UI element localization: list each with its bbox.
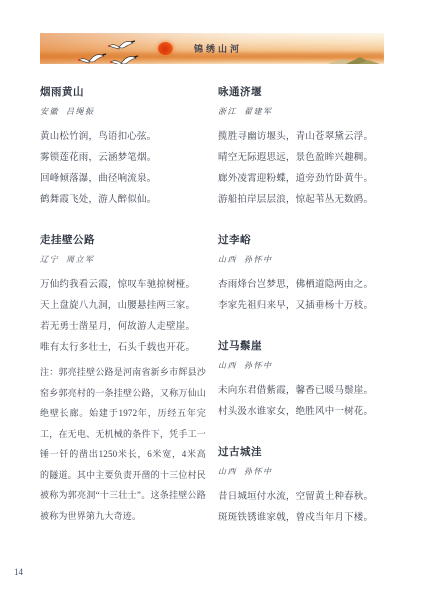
page-number: 14: [14, 567, 23, 577]
verse-line: 揽胜寻幽访堰头，青山苍翠黛云浮。: [218, 127, 384, 148]
left-column: 烟雨黄山 安徽吕绳振 黄山松竹润，鸟语扣心弦。 雾锁莲花雨，云涵梦笔烟。 回峰倾…: [40, 86, 206, 549]
author-name: 孙怀中: [244, 467, 273, 476]
mountain-icon: [328, 54, 380, 64]
poem-author: 辽宁周立军: [40, 254, 206, 265]
poem-title: 走挂壁公路: [40, 234, 206, 246]
cranes-icon: [75, 37, 145, 64]
poem-author: 山西孙怀中: [218, 254, 384, 265]
poem-yanyu-huangshan: 烟雨黄山 安徽吕绳振 黄山松竹润，鸟语扣心弦。 雾锁莲花雨，云涵梦笔烟。 回峰倾…: [40, 86, 206, 211]
poem-title: 咏通济堰: [218, 86, 384, 98]
author-region: 山西: [218, 361, 237, 370]
verse-line: 唯有太行多壮士，石头千载也开花。: [40, 338, 206, 359]
poem-author: 山西孙怀中: [218, 466, 384, 477]
verse-line: 游船拍岸层层浪，惊起苇丛无数鸥。: [218, 190, 384, 211]
poem-guo-liyu: 过李峪 山西孙怀中 杏雨烽台岂梦思，佛栖道隐两由之。 李家先祖归来早，又插垂杨十…: [218, 234, 384, 317]
verse-line: 未向东君借紫霞，馨香已暖马鬃崖。: [218, 381, 384, 402]
header-banner: 锦绣山河: [40, 33, 384, 64]
author-name: 孙怀中: [244, 361, 273, 370]
sun-icon: [158, 42, 173, 55]
verse-line: 昔日城垣付水流，空留黄土种春秋。: [218, 487, 384, 508]
verse-line: 雾锁莲花雨，云涵梦笔烟。: [40, 148, 206, 169]
verse-line: 黄山松竹润，鸟语扣心弦。: [40, 127, 206, 148]
poem-title: 过李峪: [218, 234, 384, 246]
page-title: 锦绣山河: [194, 42, 254, 55]
verse-line: 鹤舞霞飞处，游人醉似仙。: [40, 190, 206, 211]
poem-zou-guabi-gonglu: 走挂壁公路 辽宁周立军 万仙约我看云霞，惊叹车驰掠树桠。 天上盘旋八九洞，山腰悬…: [40, 234, 206, 526]
poem-yong-tongjiyan: 咏通济堰 浙江翟建军 揽胜寻幽访堰头，青山苍翠黛云浮。 晴空无际遐思远，景色盈眸…: [218, 86, 384, 211]
verse-line: 斑斑铁锈谁家戟，曾戍当年月下楼。: [218, 508, 384, 529]
verse-line: 回峰倾落瀑，曲径响流泉。: [40, 169, 206, 190]
author-name: 周立军: [66, 255, 95, 264]
verse-line: 廊外凌霄迎粉蝶，道旁劲竹卧黄牛。: [218, 169, 384, 190]
right-column: 咏通济堰 浙江翟建军 揽胜寻幽访堰头，青山苍翠黛云浮。 晴空无际遐思远，景色盈眸…: [218, 86, 384, 552]
poem-author: 浙江翟建军: [218, 106, 384, 117]
author-name: 吕绳振: [66, 107, 95, 116]
poem-title: 过古城洼: [218, 446, 384, 458]
verse-line: 村头汲水谁家女，绝胜风中一树花。: [218, 402, 384, 423]
poem-author: 安徽吕绳振: [40, 106, 206, 117]
poem-author: 山西孙怀中: [218, 360, 384, 371]
poem-note: 注：郭亮挂壁公路是河南省新乡市辉县沙窑乡郭亮村的一条挂壁公路，又称万仙山绝壁长廊…: [40, 362, 206, 526]
poem-title: 烟雨黄山: [40, 86, 206, 98]
poem-guo-guchengwa: 过古城洼 山西孙怀中 昔日城垣付水流，空留黄土种春秋。 斑斑铁锈谁家戟，曾戍当年…: [218, 446, 384, 529]
author-region: 辽宁: [40, 255, 59, 264]
author-name: 翟建军: [244, 107, 273, 116]
author-region: 山西: [218, 467, 237, 476]
poem-title: 过马鬃崖: [218, 340, 384, 352]
author-region: 浙江: [218, 107, 237, 116]
verse-line: 天上盘旋八九洞，山腰悬挂两三家。: [40, 296, 206, 317]
verse-line: 若无勇士凿星月，何故游人走壁崖。: [40, 317, 206, 338]
poem-guo-mazongya: 过马鬃崖 山西孙怀中 未向东君借紫霞，馨香已暖马鬃崖。 村头汲水谁家女，绝胜风中…: [218, 340, 384, 423]
verse-line: 万仙约我看云霞，惊叹车驰掠树桠。: [40, 275, 206, 296]
verse-line: 晴空无际遐思远，景色盈眸兴趣稠。: [218, 148, 384, 169]
verse-line: 杏雨烽台岂梦思，佛栖道隐两由之。: [218, 275, 384, 296]
verse-line: 李家先祖归来早，又插垂杨十万枝。: [218, 296, 384, 317]
author-region: 山西: [218, 255, 237, 264]
author-name: 孙怀中: [244, 255, 273, 264]
author-region: 安徽: [40, 107, 59, 116]
